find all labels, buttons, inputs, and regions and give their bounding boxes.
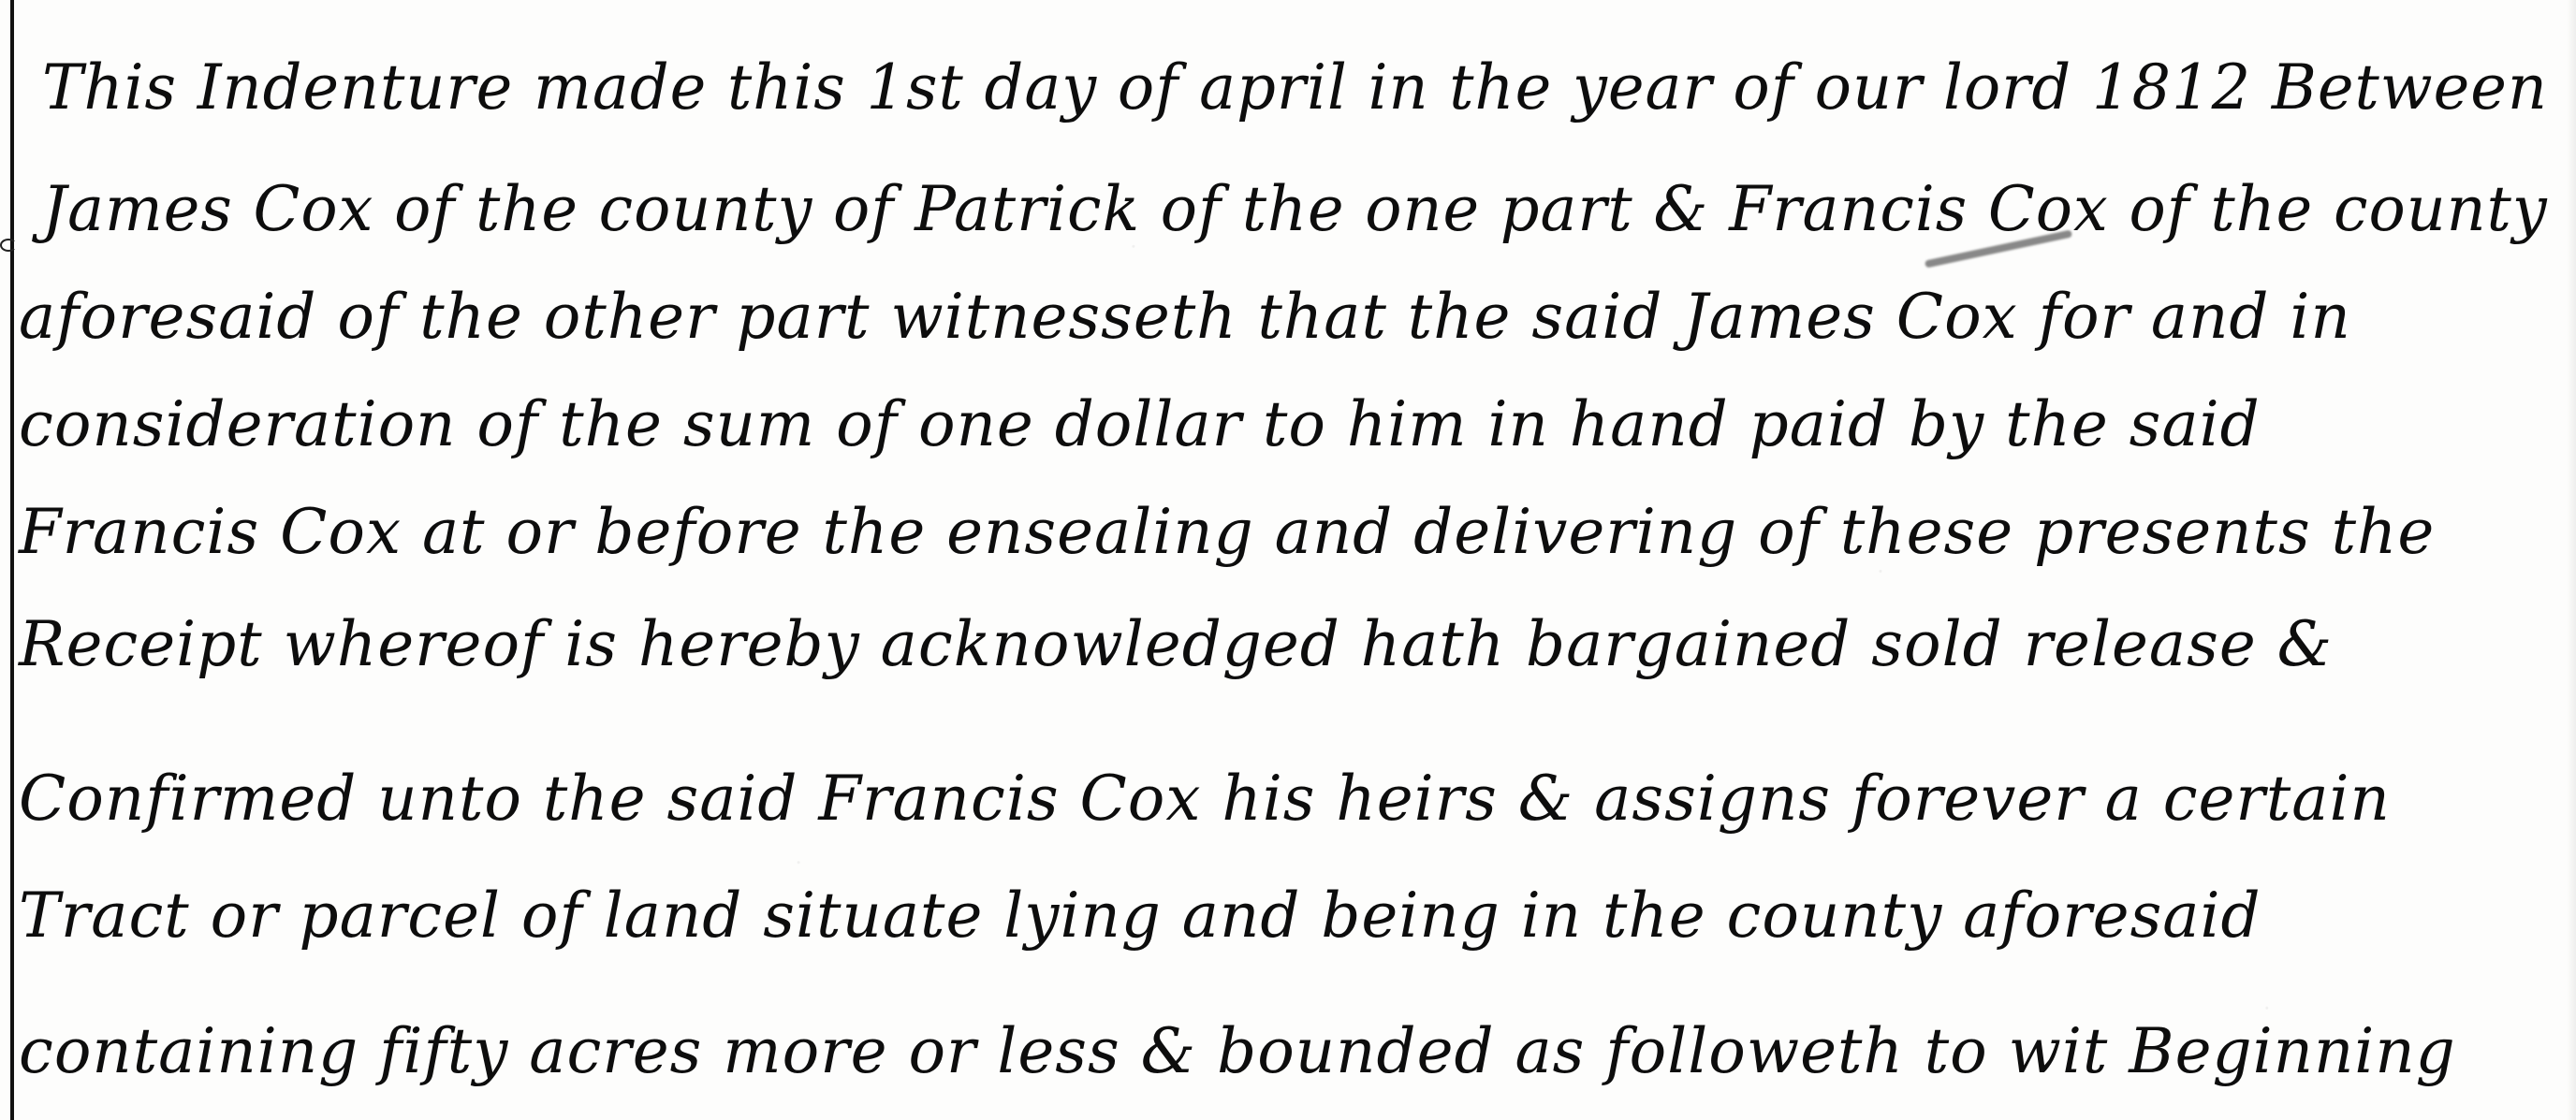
left-margin-rule	[10, 0, 14, 1120]
deed-line-3: aforesaid of the other part witnesseth t…	[19, 281, 2548, 353]
page-edge-shadow	[2567, 0, 2576, 1120]
deed-line-7: Confirmed unto the said Francis Cox his …	[19, 763, 2548, 835]
deed-line-4: consideration of the sum of one dollar t…	[19, 388, 2548, 460]
scanned-deed-page: This Indenture made this 1st day of apri…	[0, 0, 2576, 1120]
line-text: Receipt whereof is hereby acknowledged h…	[19, 608, 2333, 680]
line-text: aforesaid of the other part witnesseth t…	[19, 281, 2351, 353]
deed-line-2: James Cox of the county of Patrick of th…	[42, 173, 2526, 245]
line-text: Francis Cox at or before the ensealing a…	[19, 496, 2435, 568]
deed-line-6: Receipt whereof is hereby acknowledged h…	[19, 608, 2548, 680]
deed-line-8: Tract or parcel of land situate lying an…	[19, 880, 2548, 952]
margin-mark	[0, 239, 17, 252]
line-text: James Cox of the county of Patrick of th…	[42, 173, 2548, 245]
deed-line-5: Francis Cox at or before the ensealing a…	[19, 496, 2548, 568]
line-text: consideration of the sum of one dollar t…	[19, 388, 2261, 460]
line-text: Tract or parcel of land situate lying an…	[19, 880, 2261, 952]
deed-line-9: containing fifty acres more or less & bo…	[19, 1015, 2548, 1087]
line-text: Confirmed unto the said Francis Cox his …	[19, 763, 2391, 835]
line-text: This Indenture made this 1st day of apri…	[42, 51, 2548, 124]
deed-line-1: This Indenture made this 1st day of apri…	[42, 51, 2531, 124]
line-text: containing fifty acres more or less & bo…	[19, 1015, 2456, 1087]
